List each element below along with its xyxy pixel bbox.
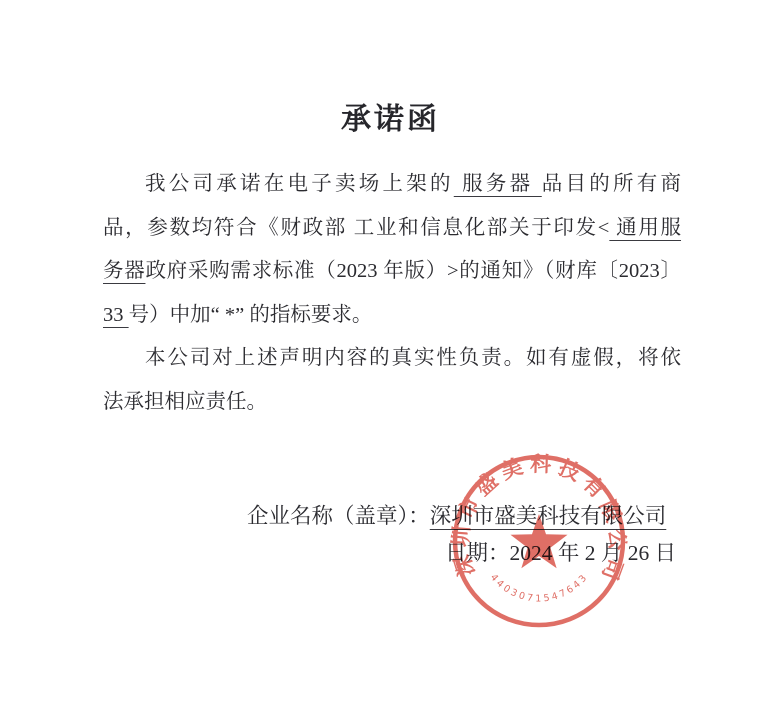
date-line: 日期：2024 年 2 月 26 日 xyxy=(445,537,676,569)
signature-line: 企业名称（盖章）：深圳市盛美科技有限公司 xyxy=(247,500,666,532)
body-line-3: 务器政府采购需求标准（2023 年版）>的通知》（财库〔2023〕 xyxy=(103,250,681,294)
underlined-text-document-number: 33 xyxy=(103,304,129,326)
underlined-text-standard-name-part1: 通用服 xyxy=(609,217,681,239)
underlined-text-product-category: 服务器 xyxy=(454,173,542,195)
body-text: 品，参数均符合《财政部 工业和信息化部关于印发< xyxy=(103,217,609,239)
body-line-5: 本公司对上述声明内容的真实性负责。如有虚假，将依 xyxy=(103,337,681,381)
body-text: 号）中加“ *” 的指标要求。 xyxy=(129,304,373,326)
body-text: 本公司对上述声明内容的真实性负责。如有虚假，将依 xyxy=(145,347,681,369)
body-text: 我公司承诺在电子卖场上架的 xyxy=(145,173,454,195)
underlined-text-standard-name-part2: 务器 xyxy=(103,260,145,282)
body-line-4: 33 号）中加“ *” 的指标要求。 xyxy=(103,294,681,338)
document-title: 承诺函 xyxy=(0,94,781,138)
body-text: 政府采购需求标准（2023 年版）>的通知》（财库〔2023〕 xyxy=(145,260,681,282)
document-page: 承诺函 我公司承诺在电子卖场上架的 服务器 品目的所有商 品，参数均符合《财政部… xyxy=(0,0,781,728)
seal-serial-number: 4403071547643 xyxy=(488,572,590,605)
body-line-2: 品，参数均符合《财政部 工业和信息化部关于印发< 通用服 xyxy=(103,207,681,251)
signature-label: 企业名称（盖章）： xyxy=(247,504,430,528)
signature-company-name: 深圳市盛美科技有限公司 xyxy=(430,504,667,528)
document-body: 我公司承诺在电子卖场上架的 服务器 品目的所有商 品，参数均符合《财政部 工业和… xyxy=(103,163,681,424)
body-text: 品目的所有商 xyxy=(542,173,681,195)
body-line-6: 法承担相应责任。 xyxy=(103,381,681,425)
body-text: 法承担相应责任。 xyxy=(103,391,267,413)
body-line-1: 我公司承诺在电子卖场上架的 服务器 品目的所有商 xyxy=(103,163,681,207)
